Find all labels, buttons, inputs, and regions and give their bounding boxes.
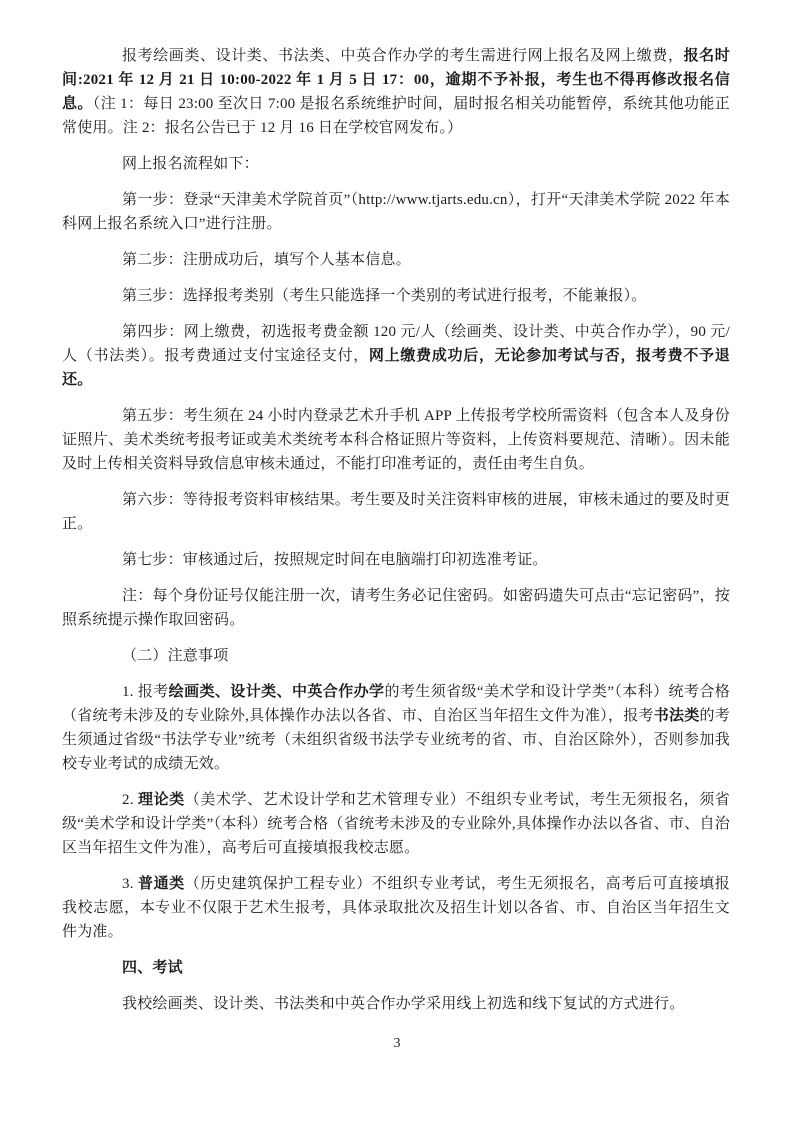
body-text: 第七步：审核通过后，按照规定时间在电脑端打印初选准考证。 — [122, 552, 548, 568]
paragraph: 第七步：审核通过后，按照规定时间在电脑端打印初选准考证。 — [62, 548, 730, 572]
paragraph: 注：每个身份证号仅能注册一次，请考生务必记住密码。如密码遗失可点击“忘记密码”，… — [62, 584, 730, 632]
body-text: 3. — [122, 876, 138, 892]
paragraph: 第六步：等待报考资料审核结果。考生要及时关注资料审核的进展，审核未通过的要及时更… — [62, 488, 730, 536]
body-text: 2. — [122, 792, 138, 808]
paragraph: 第二步：注册成功后，填写个人基本信息。 — [62, 248, 730, 272]
body-text: 第六步：等待报考资料审核结果。考生要及时关注资料审核的进展，审核未通过的要及时更… — [62, 492, 730, 532]
paragraph: 第一步：登录“天津美术学院首页”（http://www.tjarts.edu.c… — [62, 188, 730, 236]
emphasis-text: 书法类 — [654, 708, 700, 724]
paragraph: 2. 理论类（美术学、艺术设计学和艺术管理专业）不组织专业考试，考生无须报名，须… — [62, 788, 730, 860]
body-text: 我校绘画类、设计类、书法类和中英合作办学采用线上初选和线下复试的方式进行。 — [122, 996, 684, 1012]
paragraph: 1. 报考绘画类、设计类、中英合作办学的考生须省级“美术学和设计学类”（本科）统… — [62, 680, 730, 776]
body-text: 注：每个身份证号仅能注册一次，请考生务必记住密码。如密码遗失可点击“忘记密码”，… — [62, 588, 730, 628]
body-text: （二）注意事项 — [122, 648, 228, 664]
paragraph: （二）注意事项 — [62, 644, 730, 668]
paragraph: 我校绘画类、设计类、书法类和中英合作办学采用线上初选和线下复试的方式进行。 — [62, 992, 730, 1016]
body-text: 1. 报考 — [122, 684, 169, 700]
emphasis-text: 四、考试 — [122, 960, 183, 976]
page-number: 3 — [0, 1036, 794, 1052]
emphasis-text: 普通类 — [138, 876, 185, 892]
body-text: （注 1：每日 23:00 至次日 7:00 是报名系统维护时间，届时报名相关功… — [62, 96, 730, 136]
document-body: 报考绘画类、设计类、书法类、中英合作办学的考生需进行网上报名及网上缴费，报名时间… — [62, 44, 730, 1028]
body-text: 报考绘画类、设计类、书法类、中英合作办学的考生需进行网上报名及网上缴费， — [122, 48, 684, 64]
document-page: 报考绘画类、设计类、书法类、中英合作办学的考生需进行网上报名及网上缴费，报名时间… — [0, 0, 794, 1123]
body-text: 第三步：选择报考类别（考生只能选择一个类别的考试进行报考，不能兼报）。 — [122, 288, 647, 304]
paragraph: 3. 普通类（历史建筑保护工程专业）不组织专业考试，考生无须报名，高考后可直接填… — [62, 872, 730, 944]
body-text: 第五步：考生须在 24 小时内登录艺术升手机 APP 上传报考学校所需资料（包含… — [62, 408, 730, 472]
emphasis-text: 绘画类、设计类、中英合作办学 — [169, 684, 385, 700]
emphasis-text: 理论类 — [138, 792, 185, 808]
paragraph: 网上报名流程如下： — [62, 152, 730, 176]
paragraph: 第四步：网上缴费，初选报考费金额 120 元/人（绘画类、设计类、中英合作办学）… — [62, 320, 730, 392]
paragraph: 报考绘画类、设计类、书法类、中英合作办学的考生需进行网上报名及网上缴费，报名时间… — [62, 44, 730, 140]
section-heading: 四、考试 — [62, 956, 730, 980]
paragraph: 第三步：选择报考类别（考生只能选择一个类别的考试进行报考，不能兼报）。 — [62, 284, 730, 308]
paragraph: 第五步：考生须在 24 小时内登录艺术升手机 APP 上传报考学校所需资料（包含… — [62, 404, 730, 476]
body-text: 网上报名流程如下： — [122, 156, 259, 172]
body-text: 第二步：注册成功后，填写个人基本信息。 — [122, 252, 411, 268]
body-text: 第一步：登录“天津美术学院首页”（http://www.tjarts.edu.c… — [62, 192, 730, 232]
